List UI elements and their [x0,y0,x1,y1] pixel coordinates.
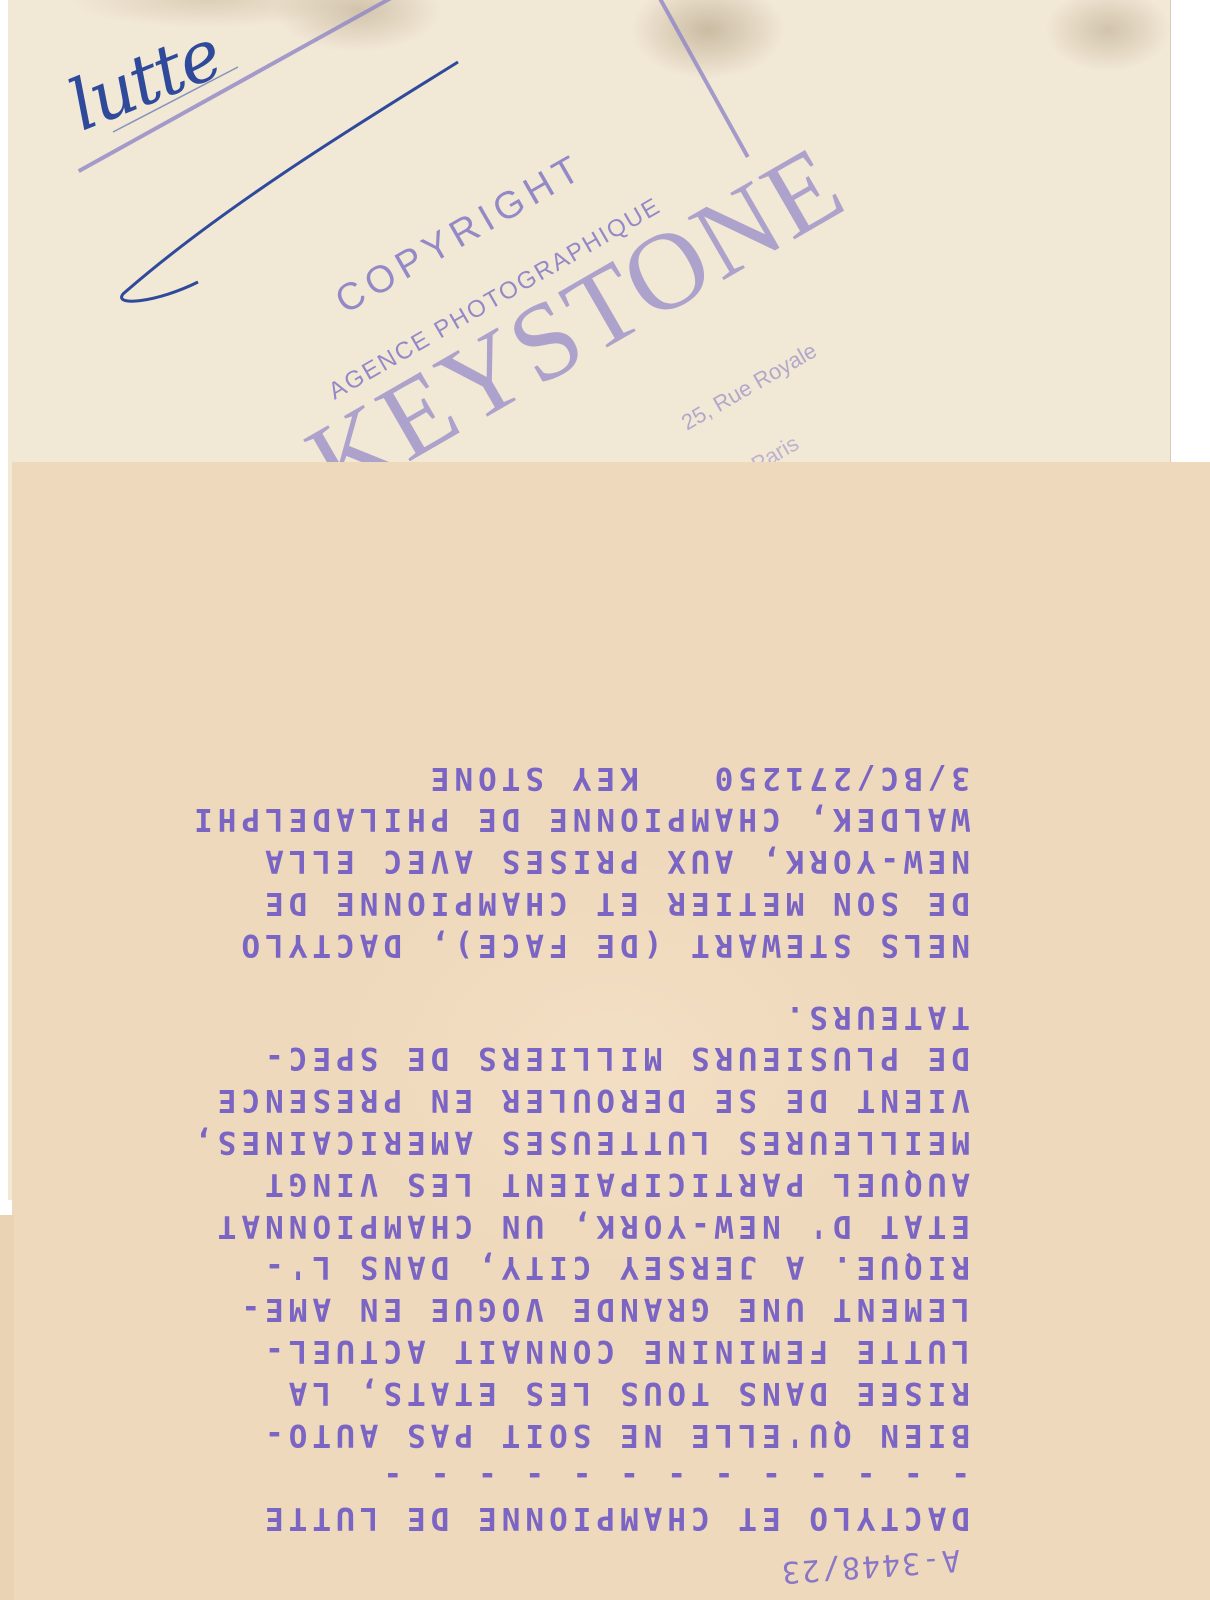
caption-reference: A-3448/23 [290,1538,970,1580]
caption-body-line: RIQUE. A JERSEY CITY, DANS L'- [290,1246,970,1288]
caption-body-line: LEMENT UNE GRANDE VOGUE EN AME- [290,1287,970,1329]
caption-body-line: BIEN QU'ELLE NE SOIT PAS AUTO- [290,1413,970,1455]
caption-body-line: WALDEK, CHAMPIONNE DE PHILADELPHI [290,798,970,840]
caption-body-line: ETAT D' NEW-YORK, UN CHAMPIONNAT [290,1204,970,1246]
caption-paragraph-gap [290,965,970,995]
caption-separator: - - - - - - - - - - - - - [290,1455,970,1497]
caption-title: DACTYLO ET CHAMPIONNE DE LUTTE [290,1496,970,1538]
caption-body-line: NEW-YORK, AUX PRISES AVEC ELLA [290,839,970,881]
caption-body-line: TATEURS. [290,995,970,1037]
caption-body-line: DE SON METIER ET CHAMPIONNE DE [290,881,970,923]
caption-body-line: LUTTE FEMININE CONNAIT ACTUEL- [290,1329,970,1371]
caption-footer: 3/BC/271250 KEY STONE [290,756,970,798]
caption-body-line: AUQUEL PARTICIPAIENT LES VINGT [290,1162,970,1204]
caption-body-line: MEILLEURES LUTTEUSES AMERICAINES, [290,1120,970,1162]
caption-body-line: RISEE DANS TOUS LES ETATS, LA [290,1371,970,1413]
typed-caption: A-3448/23 DACTYLO ET CHAMPIONNE DE LUTTE… [290,510,970,1580]
caption-body-line: DE PLUSIEURS MILLIERS DE SPEC- [290,1037,970,1079]
label-torn-edge [0,1215,14,1600]
caption-body-line: VIENT DE SE DEROULER EN PRESENCE [290,1078,970,1120]
caption-body-line: NELS STEWART (DE FACE), DACTYLO [290,923,970,965]
